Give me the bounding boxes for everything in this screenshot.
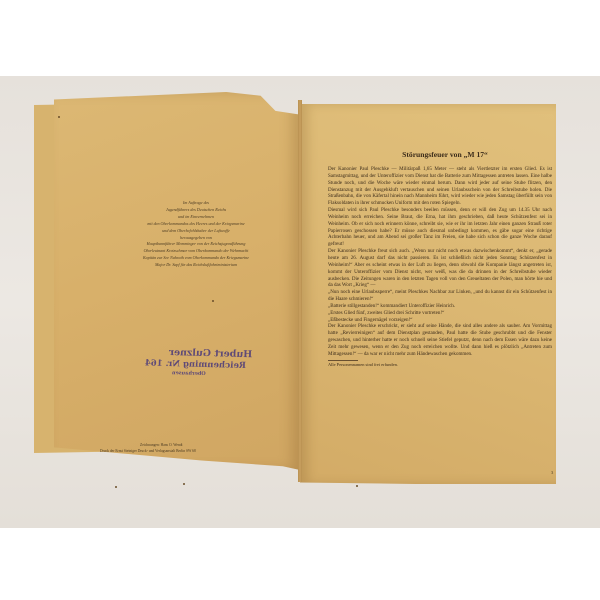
credit-line: und dem Oberbefehlshaber der Luftwaffe	[96, 228, 296, 235]
credit-line: Hauptbannführer Memminger von der Reichs…	[96, 241, 296, 248]
paragraph: Diesmal wird sich Paul Pleschke besonder…	[328, 207, 552, 248]
credit-line: Oberleutnant Kretzschmar vom Oberkommand…	[96, 248, 296, 255]
paragraph: Der Kanonier Pleschke freut sich auch. „…	[328, 248, 552, 289]
owner-stamp: Hubert Gulzner Reichenming Nr. 164 Oberh…	[126, 346, 287, 380]
credit-line: und im Einvernehmen	[96, 214, 296, 221]
left-page	[54, 92, 300, 470]
publisher-credits: Im Auftrage des Jugendführers des Deutsc…	[96, 200, 296, 269]
paper-spot	[183, 483, 185, 485]
paper-spot	[212, 300, 214, 302]
paragraph: Der Kanonier Pleschke erschrickt, er sie…	[328, 323, 552, 357]
page-number: 3	[551, 470, 553, 475]
paper-spot	[115, 486, 117, 488]
booklet-gutter	[298, 100, 302, 482]
credit-line: Im Auftrage des	[96, 200, 296, 207]
paragraph: „Erstes Glied fünf, zweites Glied drei S…	[328, 310, 552, 317]
credit-line: mit den Oberkommandos des Heeres und der…	[96, 221, 296, 228]
story-title: Störungsfeuer von „M 17“	[328, 150, 552, 160]
credit-line: Major Dr. Sapf für das Reichsluftfahrtmi…	[96, 262, 296, 269]
paragraph: „Batterie stillgestanden!“ kommandiert U…	[328, 303, 552, 310]
paper-spot	[58, 116, 60, 118]
credit-line: Jugendführers des Deutschen Reichs	[96, 207, 296, 214]
printer-credit: Druck der Ernst Steiniger Druck- und Ver…	[100, 448, 300, 454]
footnote-divider	[328, 360, 358, 361]
credit-line: Kapitän zur See Nahrath vom Oberkommando…	[96, 255, 296, 262]
paragraph: Der Kanonier Paul Pleschke — Militärpaß …	[328, 166, 552, 207]
footnote: Alle Personennamen sind frei erfunden.	[328, 362, 552, 368]
paragraph: „Nun noch eine Urlaubssperre“, meint Ple…	[328, 289, 552, 303]
paper-spot	[356, 485, 358, 487]
imprint-footer: Zeichnungen: Hans O. Wendt Druck der Ern…	[100, 442, 300, 454]
story-text: Störungsfeuer von „M 17“ Der Kanonier Pa…	[328, 150, 552, 368]
credit-line: herausgegeben von	[96, 235, 296, 242]
